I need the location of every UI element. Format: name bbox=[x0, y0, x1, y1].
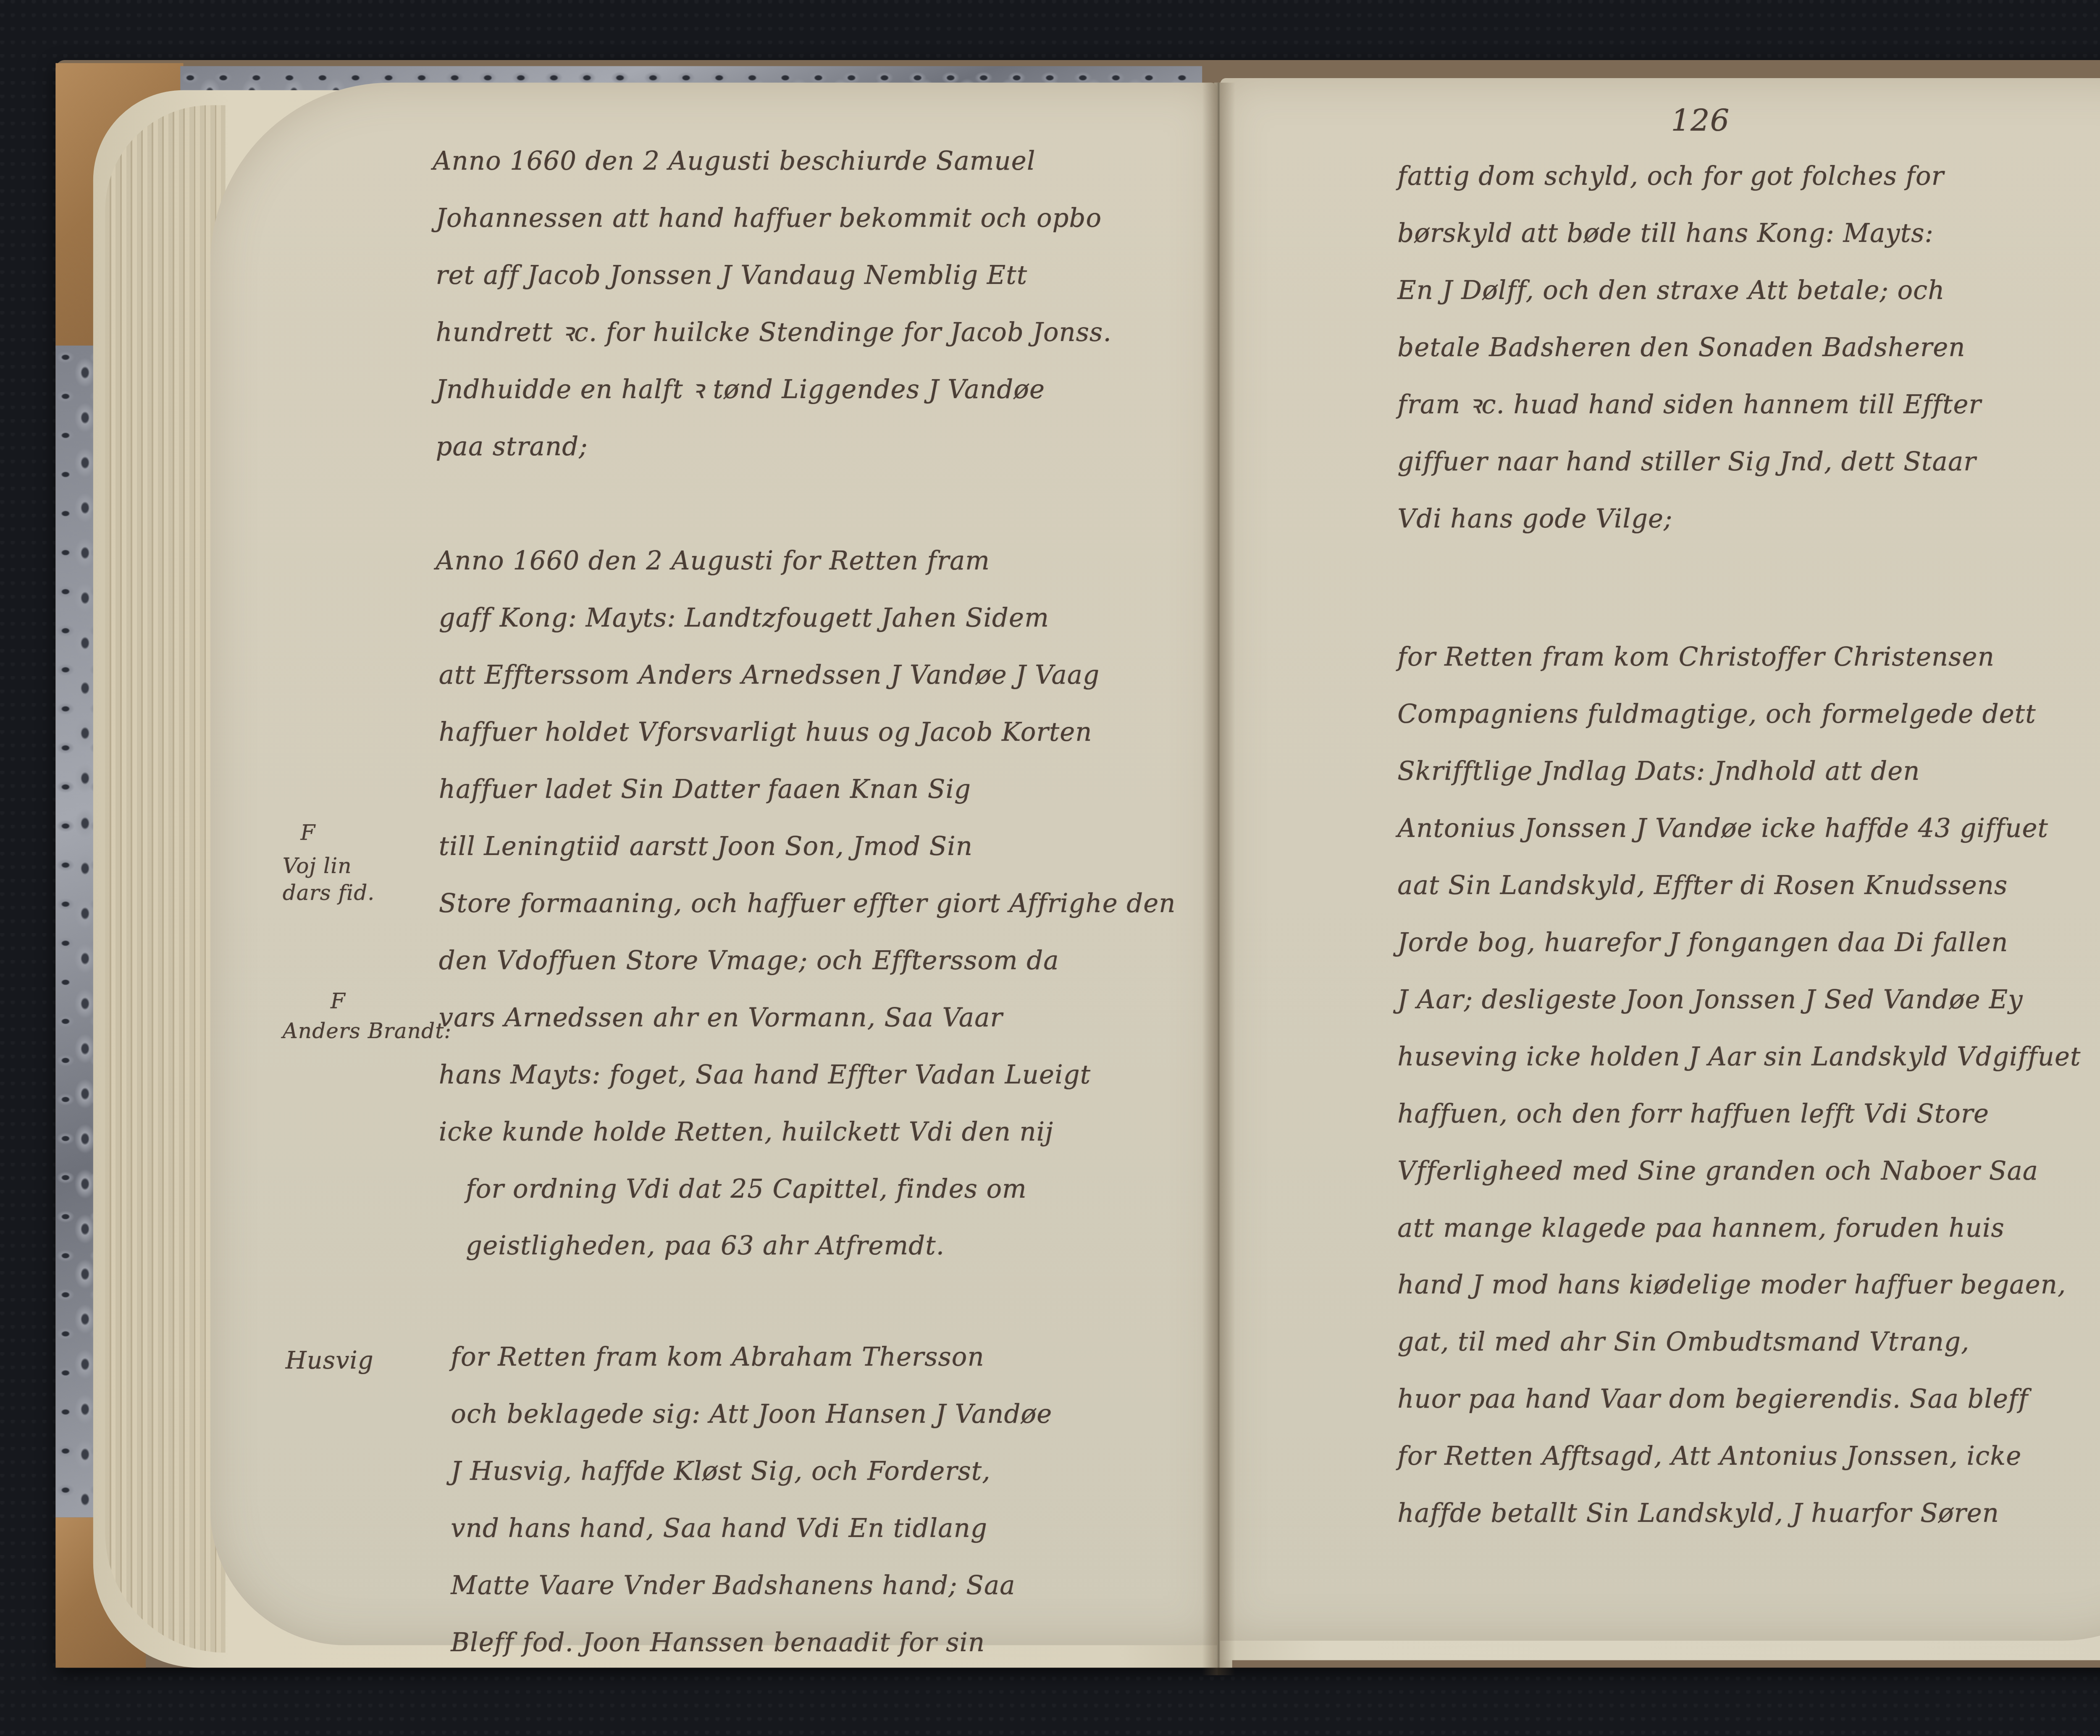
text-line: for Retten fram kom Christoffer Christen… bbox=[1397, 646, 1995, 671]
text-line: for Retten fram kom Abraham Thersson bbox=[451, 1346, 984, 1372]
text-line: haffde betallt Sin Landskyld, J huarfor … bbox=[1397, 1503, 1999, 1528]
text-line: hand J mod hans kiødelige moder haffuer … bbox=[1397, 1274, 2066, 1300]
margin-note-mark: F bbox=[301, 823, 316, 844]
text-line: Anno 1660 den 2 Augusti for Retten fram bbox=[436, 550, 990, 575]
text-line: hans Mayts: foget, Saa hand Effter Vadan… bbox=[439, 1064, 1091, 1089]
text-line: Johannessen att hand haffuer bekommit oc… bbox=[436, 207, 1102, 233]
left-fore-edge bbox=[105, 105, 225, 1652]
margin-note: Anders Brandt: bbox=[283, 1022, 452, 1043]
text-line: aat Sin Landskyld, Effter di Rosen Knuds… bbox=[1397, 874, 2008, 900]
manuscript-photo: Anno 1660 den 2 Augusti beschiurde Samue… bbox=[0, 0, 2100, 1735]
text-line: huor paa hand Vaar dom begierendis. Saa … bbox=[1397, 1388, 2028, 1414]
text-line: Vdi hans gode Vilge; bbox=[1397, 508, 1672, 533]
text-line: ret aff Jacob Jonssen J Vandaug Nemblig … bbox=[436, 265, 1028, 290]
text-line: Skrifftlige Jndlag Dats: Jndhold att den bbox=[1397, 760, 1920, 786]
text-line: En J Dølff, och den straxe Att betale; o… bbox=[1397, 279, 1945, 305]
text-line: for Retten Afftsagd, Att Antonius Jonsse… bbox=[1397, 1445, 2021, 1471]
text-line: J Aar; desligeste Joon Jonssen J Sed Van… bbox=[1397, 989, 2023, 1014]
text-line: Bleff fod. Joon Hanssen benaadit for sin bbox=[451, 1631, 985, 1657]
text-line: vars Arnedssen ahr en Vormann, Saa Vaar bbox=[439, 1007, 1003, 1032]
text-line: giffuer naar hand stiller Sig Jnd, dett … bbox=[1397, 451, 1976, 476]
text-line: gaff Kong: Mayts: Landtzfougett Jahen Si… bbox=[439, 607, 1049, 632]
folio-number: 126 bbox=[1671, 105, 1730, 135]
text-line: Jorde bog, huarefor J fongangen daa Di f… bbox=[1397, 931, 2008, 957]
text-line: fram ꝛc. huad hand siden hannem till Eff… bbox=[1397, 393, 1981, 419]
text-line: for ordning Vdi dat 25 Capittel, findes … bbox=[466, 1178, 1027, 1204]
text-line: geistligheden, paa 63 ahr Atfremdt. bbox=[466, 1235, 945, 1261]
text-line: till Leningtiid aarstt Joon Son, Jmod Si… bbox=[439, 835, 973, 861]
text-line: hundrett ꝛc. for huilcke Stendinge for J… bbox=[436, 322, 1112, 347]
text-line: att mange klagede paa hannem, foruden hu… bbox=[1397, 1217, 2004, 1243]
text-line: haffuen, och den forr haffuen lefft Vdi … bbox=[1397, 1103, 1989, 1128]
text-line: Jndhuidde en halft ꝛ tønd Liggendes J Va… bbox=[436, 379, 1045, 404]
margin-note: Voj lin dars fid. bbox=[283, 853, 403, 908]
text-line: J Husvig, haffde Kløst Sig, och Forderst… bbox=[451, 1461, 990, 1486]
book-gutter bbox=[1202, 83, 1235, 1675]
text-line: och beklagede sig: Att Joon Hansen J Van… bbox=[451, 1403, 1052, 1429]
text-line: Store formaaning, och haffuer effter gio… bbox=[439, 892, 1176, 918]
text-line: vnd hans hand, Saa hand Vdi En tidlang bbox=[451, 1518, 987, 1543]
text-line: fattig dom schyld, och for got folches f… bbox=[1397, 165, 1944, 191]
text-line: huseving icke holden J Aar sin Landskyld… bbox=[1397, 1046, 2081, 1071]
text-line: Matte Vaare Vnder Badshanens hand; Saa bbox=[451, 1575, 1015, 1600]
text-line: haffuer holdet Vforsvarligt huus og Jaco… bbox=[439, 721, 1092, 747]
text-line: Antonius Jonssen J Vandøe icke haffde 43… bbox=[1397, 817, 2048, 843]
text-line: betale Badsheren den Sonaden Badsheren bbox=[1397, 336, 1965, 362]
text-line: paa strand; bbox=[436, 436, 588, 462]
margin-note: Husvig bbox=[286, 1349, 374, 1373]
text-line: børskyld att bøde till hans Kong: Mayts: bbox=[1397, 223, 1934, 248]
text-line: icke kunde holde Retten, huilckett Vdi d… bbox=[439, 1121, 1054, 1146]
text-line: gat, til med ahr Sin Ombudtsmand Vtrang, bbox=[1397, 1331, 1969, 1357]
text-line: haffuer ladet Sin Datter faaen Knan Sig bbox=[439, 778, 971, 804]
text-line: Compagniens fuldmagtige, och formelgede … bbox=[1397, 703, 2036, 729]
text-line: Anno 1660 den 2 Augusti beschiurde Samue… bbox=[433, 150, 1035, 176]
margin-note-mark: F bbox=[331, 991, 346, 1012]
text-line: den Vdoffuen Store Vmage; och Effterssom… bbox=[439, 949, 1059, 975]
text-line: Vfferligheed med Sine granden och Naboer… bbox=[1397, 1160, 2038, 1185]
text-line: att Effterssom Anders Arnedssen J Vandøe… bbox=[439, 664, 1100, 690]
